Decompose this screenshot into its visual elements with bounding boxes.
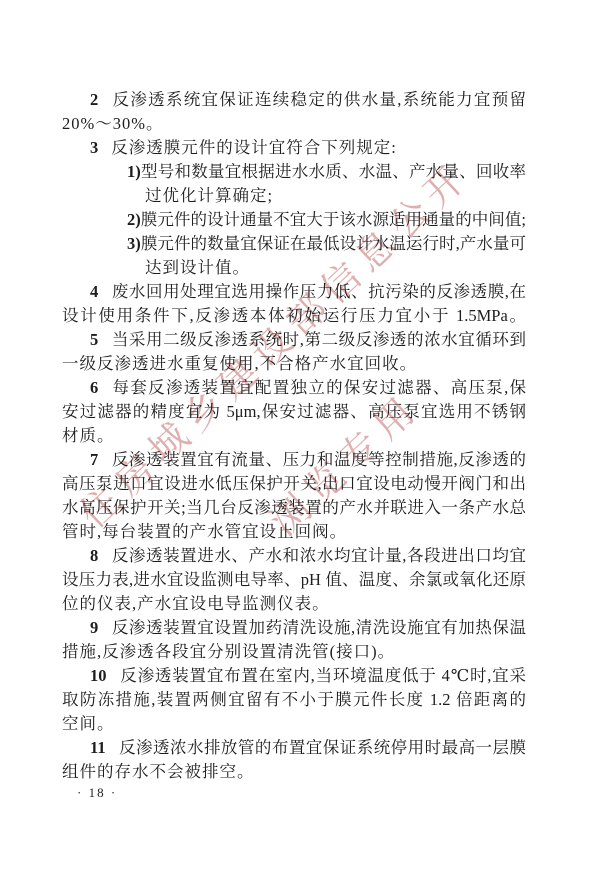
line-text: 措施,反渗透各段宜分别设置清洗管(接口)。 xyxy=(62,642,395,661)
document-page: 住房城乡建设部信息公开 浏览专用 2反渗透系统宜保证连续稳定的供水量,系统能力宜… xyxy=(0,0,600,870)
text-line: 9反渗透装置宜设置加药清洗设施,清洗设施宜有加热保温 xyxy=(62,616,526,640)
text-line: 7反渗透装置宜有流量、压力和温度等控制措施,反渗透的 xyxy=(62,448,526,472)
line-text: 反渗透系统宜保证连续稳定的供水量,系统能力宜预留 xyxy=(111,90,526,109)
text-line: 6每套反渗透装置宜配置独立的保安过滤器、高压泵,保 xyxy=(62,376,526,400)
line-text: 达到设计值。 xyxy=(145,258,250,277)
clause-number: 6 xyxy=(90,378,98,397)
text-line: 2反渗透系统宜保证连续稳定的供水量,系统能力宜预留 xyxy=(62,88,526,112)
text-line: 8反渗透装置进水、产水和浓水均宜计量,各段进出口均宜 xyxy=(62,544,526,568)
clause-number: 9 xyxy=(90,618,98,637)
text-line: 2)膜元件的设计通量不宜大于该水源适用通量的中间值; xyxy=(62,208,526,232)
clause-number: 2 xyxy=(90,90,98,109)
line-text: 高压泵进口宜设进水低压保护开关,出口宜设电动慢开阀门和出 xyxy=(62,474,526,493)
text-line: 取防冻措施,装置两侧宜留有不小于膜元件长度 1.2 倍距离的 xyxy=(62,688,526,712)
line-text: 过优化计算确定; xyxy=(145,186,273,205)
line-text: 当采用二级反渗透系统时,第二级反渗透的浓水宜循环到 xyxy=(111,330,526,349)
line-text: 设压力表,进水宜设监测电导率、pH 值、温度、余氯或氧化还原电 xyxy=(62,570,526,592)
line-text: 废水回用处理宜选用操作压力低、抗污染的反渗透膜,在 xyxy=(111,282,526,301)
line-text: 每套反渗透装置宜配置独立的保安过滤器、高压泵,保 xyxy=(111,378,526,397)
line-text: 设计使用条件下,反渗透本体初始运行压力宜小于 1.5MPa。 xyxy=(62,306,526,325)
line-text: 反渗透浓水排放管的布置宜保证系统停用时最高一层膜 xyxy=(119,738,526,757)
text-line: 过优化计算确定; xyxy=(62,184,526,208)
text-line: 位的仪表,产水宜设电导监测仪表。 xyxy=(62,592,526,616)
text-line: 达到设计值。 xyxy=(62,256,526,280)
line-text: 水高压保护开关;当几台反渗透装置的产水并联进入一条产水总 xyxy=(62,498,526,517)
page-number: · 18 · xyxy=(77,785,117,801)
line-text: 位的仪表,产水宜设电导监测仪表。 xyxy=(62,594,330,613)
line-text: 膜元件的设计通量不宜大于该水源适用通量的中间值; xyxy=(141,210,526,229)
line-text: 空间。 xyxy=(62,714,115,733)
text-line: 4废水回用处理宜选用操作压力低、抗污染的反渗透膜,在 xyxy=(62,280,526,304)
text-line: 措施,反渗透各段宜分别设置清洗管(接口)。 xyxy=(62,640,526,664)
text-line: 20%～30%。 xyxy=(62,112,526,136)
text-line: 一级反渗透进水重复使用,不合格产水宜回收。 xyxy=(62,352,526,376)
text-line: 高压泵进口宜设进水低压保护开关,出口宜设电动慢开阀门和出 xyxy=(62,472,526,496)
clause-number: 10 xyxy=(90,666,107,685)
text-line: 设压力表,进水宜设监测电导率、pH 值、温度、余氯或氧化还原电 xyxy=(62,568,526,592)
clause-number: 3) xyxy=(127,234,141,253)
text-line: 5当采用二级反渗透系统时,第二级反渗透的浓水宜循环到 xyxy=(62,328,526,352)
text-line: 设计使用条件下,反渗透本体初始运行压力宜小于 1.5MPa。 xyxy=(62,304,526,328)
line-text: 反渗透装置宜设置加药清洗设施,清洗设施宜有加热保温 xyxy=(111,618,526,637)
clause-number: 3 xyxy=(90,138,98,157)
line-text: 管时,每台装置的产水管宜设止回阀。 xyxy=(62,522,347,541)
line-text: 型号和数量宜根据进水水质、水温、产水量、回收率等通 xyxy=(127,162,526,184)
text-line: 管时,每台装置的产水管宜设止回阀。 xyxy=(62,520,526,544)
line-text: 反渗透装置进水、产水和浓水均宜计量,各段进出口均宜 xyxy=(111,546,526,565)
line-text: 组件的存水不会被排空。 xyxy=(62,762,255,781)
line-text: 反渗透装置宜有流量、压力和温度等控制措施,反渗透的 xyxy=(111,450,526,469)
text-line: 3反渗透膜元件的设计宜符合下列规定: xyxy=(62,136,526,160)
text-line: 组件的存水不会被排空。 xyxy=(62,760,526,784)
text-line: 空间。 xyxy=(62,712,526,736)
text-line: 水高压保护开关;当几台反渗透装置的产水并联进入一条产水总 xyxy=(62,496,526,520)
clause-number: 2) xyxy=(127,210,141,229)
clause-number: 4 xyxy=(90,282,98,301)
line-text: 安过滤器的精度宜为 5μm,保安过滤器、高压泵宜选用不锈钢 xyxy=(62,402,526,421)
line-text: 材质。 xyxy=(62,426,115,445)
clause-number: 5 xyxy=(90,330,98,349)
line-text: 取防冻措施,装置两侧宜留有不小于膜元件长度 1.2 倍距离的 xyxy=(62,690,526,709)
clause-number: 8 xyxy=(90,546,98,565)
text-line: 材质。 xyxy=(62,424,526,448)
text-line: 1)型号和数量宜根据进水水质、水温、产水量、回收率等通 xyxy=(62,160,526,184)
clause-number: 1) xyxy=(127,162,141,181)
line-text: 反渗透膜元件的设计宜符合下列规定: xyxy=(111,138,397,157)
line-text: 反渗透装置宜布置在室内,当环境温度低于 4℃时,宜采 xyxy=(120,666,527,685)
text-line: 11反渗透浓水排放管的布置宜保证系统停用时最高一层膜 xyxy=(62,736,526,760)
text-line: 3)膜元件的数量宜保证在最低设计水温运行时,产水量可 xyxy=(62,232,526,256)
clause-number: 7 xyxy=(90,450,98,469)
body-text-block: 2反渗透系统宜保证连续稳定的供水量,系统能力宜预留20%～30%。3反渗透膜元件… xyxy=(62,88,526,784)
text-line: 安过滤器的精度宜为 5μm,保安过滤器、高压泵宜选用不锈钢 xyxy=(62,400,526,424)
line-text: 膜元件的数量宜保证在最低设计水温运行时,产水量可 xyxy=(141,234,526,253)
clause-number: 11 xyxy=(90,738,106,757)
line-text: 20%～30%。 xyxy=(62,114,164,133)
text-line: 10反渗透装置宜布置在室内,当环境温度低于 4℃时,宜采 xyxy=(62,664,526,688)
line-text: 一级反渗透进水重复使用,不合格产水宜回收。 xyxy=(62,354,417,373)
